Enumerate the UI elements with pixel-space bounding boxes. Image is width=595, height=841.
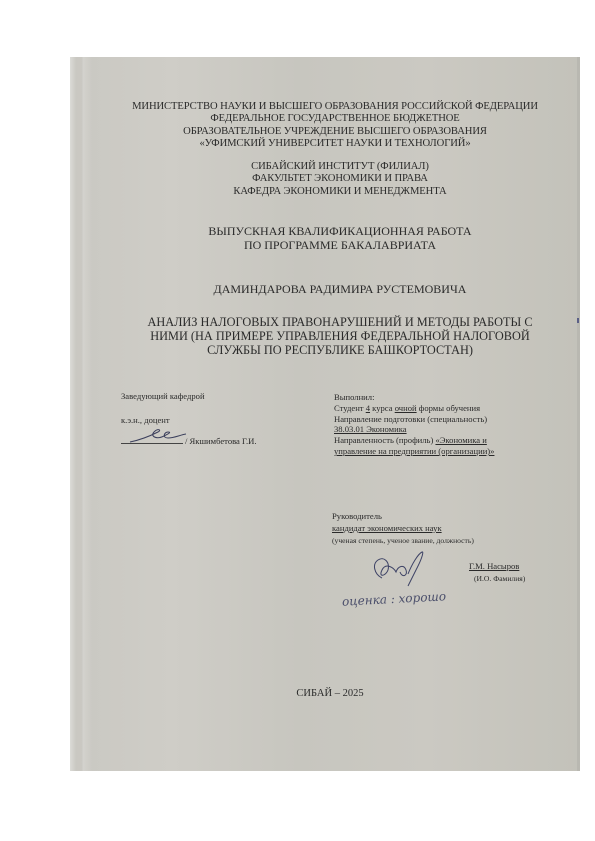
supervisor-label: Руководитель [332, 511, 382, 522]
author-name: ДАМИНДАРОВА РАДИМИРА РУСТЕМОВИЧА [150, 282, 530, 296]
profile-line: Направленность (профиль) «Экономика и [334, 435, 494, 446]
city-year: СИБАЙ – 2025 [250, 688, 410, 699]
header-line: «УФИМСКИЙ УНИВЕРСИТЕТ НАУКИ И ТЕХНОЛОГИЙ… [100, 138, 570, 150]
institute-block: СИБАЙСКИЙ ИНСТИТУТ (ФИЛИАЛ) ФАКУЛЬТЕТ ЭК… [180, 161, 500, 198]
faculty-line: ФАКУЛЬТЕТ ЭКОНОМИКИ И ПРАВА [180, 173, 500, 185]
performer-block: Выполнил: Студент 4 курса очной формы об… [334, 392, 494, 457]
supervisor-caption: (ученая степень, ученое звание, должност… [332, 535, 474, 546]
profile-value-cont: управление на предприятии (организации)» [334, 446, 494, 457]
work-type-line: ПО ПРОГРАММЕ БАКАЛАВРИАТА [150, 238, 530, 252]
performer-label: Выполнил: [334, 392, 494, 403]
head-name: / Якшимбетова Г.И. [185, 436, 257, 447]
thesis-topic: АНАЛИЗ НАЛОГОВЫХ ПРАВОНАРУШЕНИЙ И МЕТОДЫ… [115, 315, 565, 358]
topic-line: НИМИ (НА ПРИМЕРЕ УПРАВЛЕНИЯ ФЕДЕРАЛЬНОЙ … [115, 329, 565, 343]
supervisor-degree: кандидат экономических наук [332, 523, 442, 534]
work-type-line: ВЫПУСКНАЯ КВАЛИФИКАЦИОННАЯ РАБОТА [150, 224, 530, 238]
supervisor-name-caption: (И.О. Фамилия) [474, 573, 525, 584]
student-line: Студент 4 курса очной формы обучения [334, 403, 494, 414]
topic-line: СЛУЖБЫ ПО РЕСПУБЛИКЕ БАШКОРТОСТАН) [115, 343, 565, 357]
pen-mark [577, 318, 579, 323]
head-degree: к.э.н., доцент [121, 415, 170, 426]
head-label: Заведующий кафедрой [121, 391, 205, 402]
work-type: ВЫПУСКНАЯ КВАЛИФИКАЦИОННАЯ РАБОТА ПО ПРО… [150, 224, 530, 252]
header-line: ФЕДЕРАЛЬНОЕ ГОСУДАРСТВЕННОЕ БЮДЖЕТНОЕ [100, 113, 570, 125]
supervisor-signature [368, 548, 428, 588]
direction-label: Направление подготовки (специальность) [334, 414, 494, 425]
header-line: МИНИСТЕРСТВО НАУКИ И ВЫСШЕГО ОБРАЗОВАНИЯ… [100, 101, 570, 113]
supervisor-name: Г.М. Насыров [469, 561, 519, 572]
profile-value: «Экономика и [435, 435, 486, 445]
study-form: очной [395, 403, 417, 413]
head-signature [128, 426, 188, 446]
ministry-header: МИНИСТЕРСТВО НАУКИ И ВЫСШЕГО ОБРАЗОВАНИЯ… [100, 101, 570, 150]
direction-value: 38.03.01 Экономика [334, 424, 494, 435]
institute-line: СИБАЙСКИЙ ИНСТИТУТ (ФИЛИАЛ) [180, 161, 500, 173]
department-line: КАФЕДРА ЭКОНОМИКИ И МЕНЕДЖМЕНТА [180, 186, 500, 198]
header-line: ОБРАЗОВАТЕЛЬНОЕ УЧРЕЖДЕНИЕ ВЫСШЕГО ОБРАЗ… [100, 126, 570, 138]
topic-line: АНАЛИЗ НАЛОГОВЫХ ПРАВОНАРУШЕНИЙ И МЕТОДЫ… [115, 315, 565, 329]
